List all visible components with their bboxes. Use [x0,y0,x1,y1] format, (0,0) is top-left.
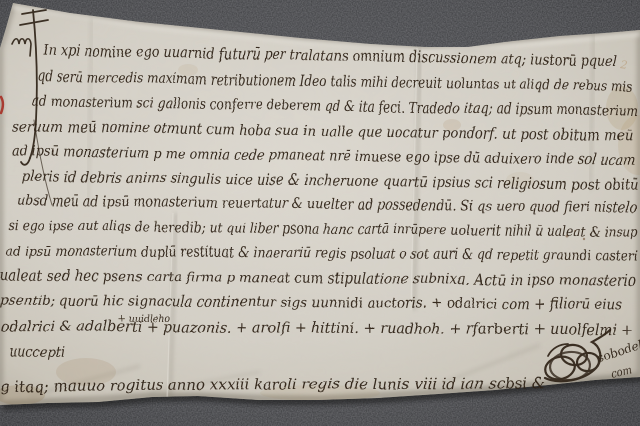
script-line-12: odalrici & adalberti + puazonis. + arolf… [0,319,634,338]
manuscript-photo: 2 In xpi nomine ego uuarnid futurū per t… [0,0,640,426]
script-line-14: g itaq; mauuo rogitus anno xxxiii karoli… [0,374,545,395]
charter-photo: 2 In xpi nomine ego uuarnid futurū per t… [0,0,640,426]
interlinear-addition: + uuidleho [118,315,171,325]
script-line-13: uuccepti [10,344,65,360]
